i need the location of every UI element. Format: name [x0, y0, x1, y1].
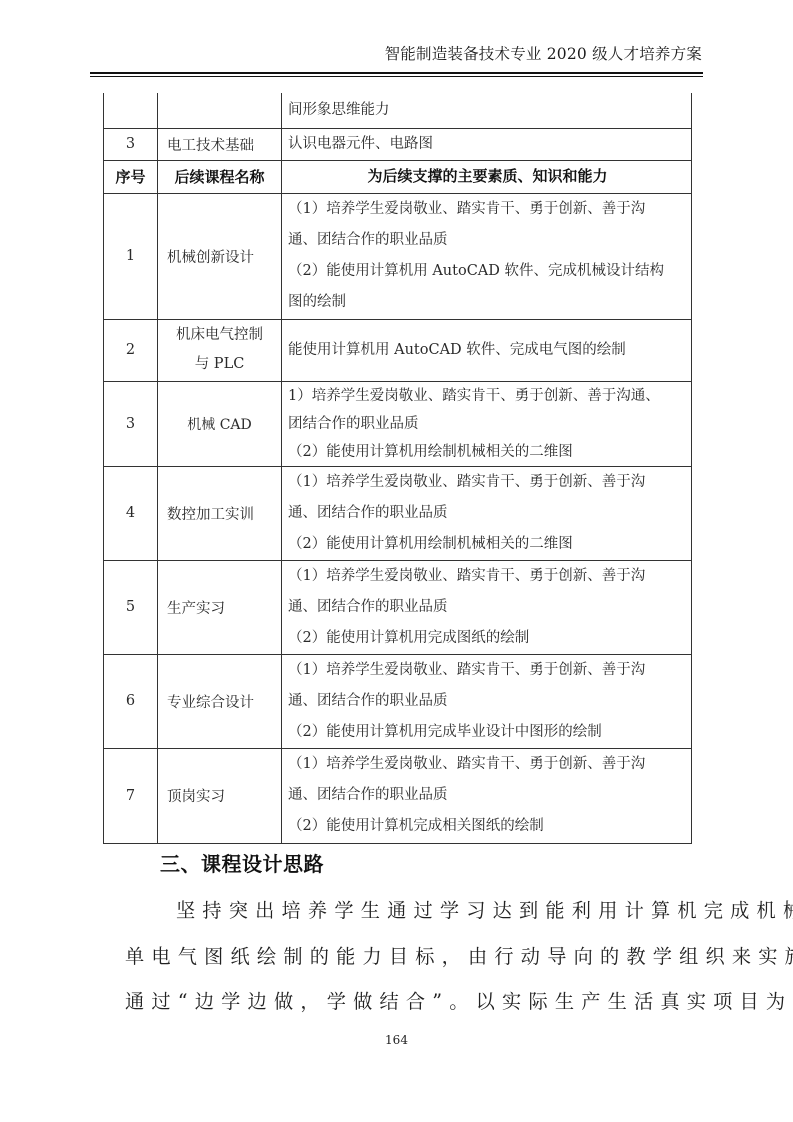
row-number-cell: 2 [104, 319, 158, 381]
ability-line: （2）能使用计算机用完成图纸的绘制 [288, 623, 687, 654]
ability-line: 图的绘制 [288, 287, 687, 318]
table-row: 1 机械创新设计 （1）培养学生爱岗敬业、踏实肯干、勇于创新、善于沟 通、团结合… [104, 193, 692, 319]
row-number-cell: 1 [104, 193, 158, 319]
ability-line: （2）能使用计算机用完成毕业设计中图形的绘制 [288, 717, 687, 748]
page-number: 164 [0, 1033, 793, 1047]
row-number-cell: 7 [104, 748, 158, 843]
ability-line: （1）培养学生爱岗敬业、踏实肯干、勇于创新、善于沟 [288, 467, 687, 498]
ability-cell: （1）培养学生爱岗敬业、踏实肯干、勇于创新、善于沟 通、团结合作的职业品质 （2… [282, 748, 692, 843]
ability-line: 团结合作的职业品质 [288, 410, 687, 438]
ability-line: （1）培养学生爱岗敬业、踏实肯干、勇于创新、善于沟 [288, 749, 687, 780]
document-title: 智能制造装备技术专业 2020 级人才培养方案 [385, 42, 702, 64]
section-heading: 三、课程设计思路 [160, 848, 324, 877]
course-name-cell: 生产实习 [158, 560, 282, 654]
ability-line: （2）能使用计算机用 AutoCAD 软件、完成机械设计结构 [288, 256, 687, 287]
ability-cell: 能使用计算机用 AutoCAD 软件、完成电气图的绘制 [282, 319, 692, 381]
page-header: 智能制造装备技术专业 2020 级人才培养方案 [0, 0, 793, 80]
course-name-line: 与 PLC [158, 350, 281, 379]
row-number-cell: 5 [104, 560, 158, 654]
table-header-row: 序号 后续课程名称 为后续支撑的主要素质、知识和能力 [104, 160, 692, 193]
course-name-line: 机床电气控制 [158, 321, 281, 350]
table-row: 5 生产实习 （1）培养学生爱岗敬业、踏实肯干、勇于创新、善于沟 通、团结合作的… [104, 560, 692, 654]
course-name-cell: 机床电气控制 与 PLC [158, 319, 282, 381]
ability-cell: 认识电器元件、电路图 [282, 128, 692, 160]
column-header-abilities: 为后续支撑的主要素质、知识和能力 [282, 160, 692, 193]
paragraph-line: 单电气图纸绘制的能力目标，由行动导向的教学组织来实施，使学生 [125, 934, 677, 980]
table-row: 2 机床电气控制 与 PLC 能使用计算机用 AutoCAD 软件、完成电气图的… [104, 319, 692, 381]
ability-cell: 间形象思维能力 [282, 93, 692, 128]
ability-line: 认识电器元件、电路图 [288, 129, 687, 160]
ability-line: 通、团结合作的职业品质 [288, 498, 687, 529]
column-header-course: 后续课程名称 [158, 160, 282, 193]
course-name-cell: 机械 CAD [158, 381, 282, 466]
course-name-cell [158, 93, 282, 128]
course-name-cell: 数控加工实训 [158, 466, 282, 560]
ability-cell: （1）培养学生爱岗敬业、踏实肯干、勇于创新、善于沟 通、团结合作的职业品质 （2… [282, 560, 692, 654]
ability-line: 通、团结合作的职业品质 [288, 780, 687, 811]
course-support-table: 间形象思维能力 3 电工技术基础 认识电器元件、电路图 序号 后续课程名称 为后… [103, 93, 692, 844]
table-row: 间形象思维能力 [104, 93, 692, 128]
course-name-cell: 电工技术基础 [158, 128, 282, 160]
row-number-cell: 6 [104, 654, 158, 748]
ability-line: （2）能使用计算机用绘制机械相关的二维图 [288, 438, 687, 466]
ability-line: 通、团结合作的职业品质 [288, 592, 687, 623]
course-name-cell: 顶岗实习 [158, 748, 282, 843]
ability-line: （2）能使用计算机完成相关图纸的绘制 [288, 811, 687, 842]
ability-line: （1）培养学生爱岗敬业、踏实肯干、勇于创新、善于沟 [288, 561, 687, 592]
row-number-cell: 3 [104, 381, 158, 466]
table-row: 3 机械 CAD 1）培养学生爱岗敬业、踏实肯干、勇于创新、善于沟通、 团结合作… [104, 381, 692, 466]
ability-line: （2）能使用计算机用绘制机械相关的二维图 [288, 529, 687, 560]
section-paragraph: 坚持突出培养学生通过学习达到能利用计算机完成机械图和简 单电气图纸绘制的能力目标… [125, 888, 677, 1025]
header-double-rule [90, 72, 703, 77]
table-row: 4 数控加工实训 （1）培养学生爱岗敬业、踏实肯干、勇于创新、善于沟 通、团结合… [104, 466, 692, 560]
table-row: 6 专业综合设计 （1）培养学生爱岗敬业、踏实肯干、勇于创新、善于沟 通、团结合… [104, 654, 692, 748]
table-row: 3 电工技术基础 认识电器元件、电路图 [104, 128, 692, 160]
ability-cell: （1）培养学生爱岗敬业、踏实肯干、勇于创新、善于沟 通、团结合作的职业品质 （2… [282, 654, 692, 748]
course-name-cell: 机械创新设计 [158, 193, 282, 319]
ability-line: 间形象思维能力 [288, 95, 687, 126]
row-number-cell: 4 [104, 466, 158, 560]
ability-line: （1）培养学生爱岗敬业、踏实肯干、勇于创新、善于沟 [288, 194, 687, 225]
course-support-table-wrapper: 间形象思维能力 3 电工技术基础 认识电器元件、电路图 序号 后续课程名称 为后… [103, 93, 691, 844]
ability-cell: （1）培养学生爱岗敬业、踏实肯干、勇于创新、善于沟 通、团结合作的职业品质 （2… [282, 466, 692, 560]
paragraph-line: 通过“边学边做，学做结合”。以实际生产生活真实项目为载体，以 [125, 979, 677, 1025]
table-row: 7 顶岗实习 （1）培养学生爱岗敬业、踏实肯干、勇于创新、善于沟 通、团结合作的… [104, 748, 692, 843]
ability-cell: 1）培养学生爱岗敬业、踏实肯干、勇于创新、善于沟通、 团结合作的职业品质 （2）… [282, 381, 692, 466]
column-header-number: 序号 [104, 160, 158, 193]
ability-line: （1）培养学生爱岗敬业、踏实肯干、勇于创新、善于沟 [288, 655, 687, 686]
paragraph-line: 坚持突出培养学生通过学习达到能利用计算机完成机械图和简 [125, 888, 677, 934]
ability-cell: （1）培养学生爱岗敬业、踏实肯干、勇于创新、善于沟 通、团结合作的职业品质 （2… [282, 193, 692, 319]
row-number-cell: 3 [104, 128, 158, 160]
ability-line: 1）培养学生爱岗敬业、踏实肯干、勇于创新、善于沟通、 [288, 382, 687, 410]
row-number-cell [104, 93, 158, 128]
ability-line: 通、团结合作的职业品质 [288, 686, 687, 717]
course-name-cell: 专业综合设计 [158, 654, 282, 748]
ability-line: 能使用计算机用 AutoCAD 软件、完成电气图的绘制 [288, 335, 687, 366]
ability-line: 通、团结合作的职业品质 [288, 225, 687, 256]
